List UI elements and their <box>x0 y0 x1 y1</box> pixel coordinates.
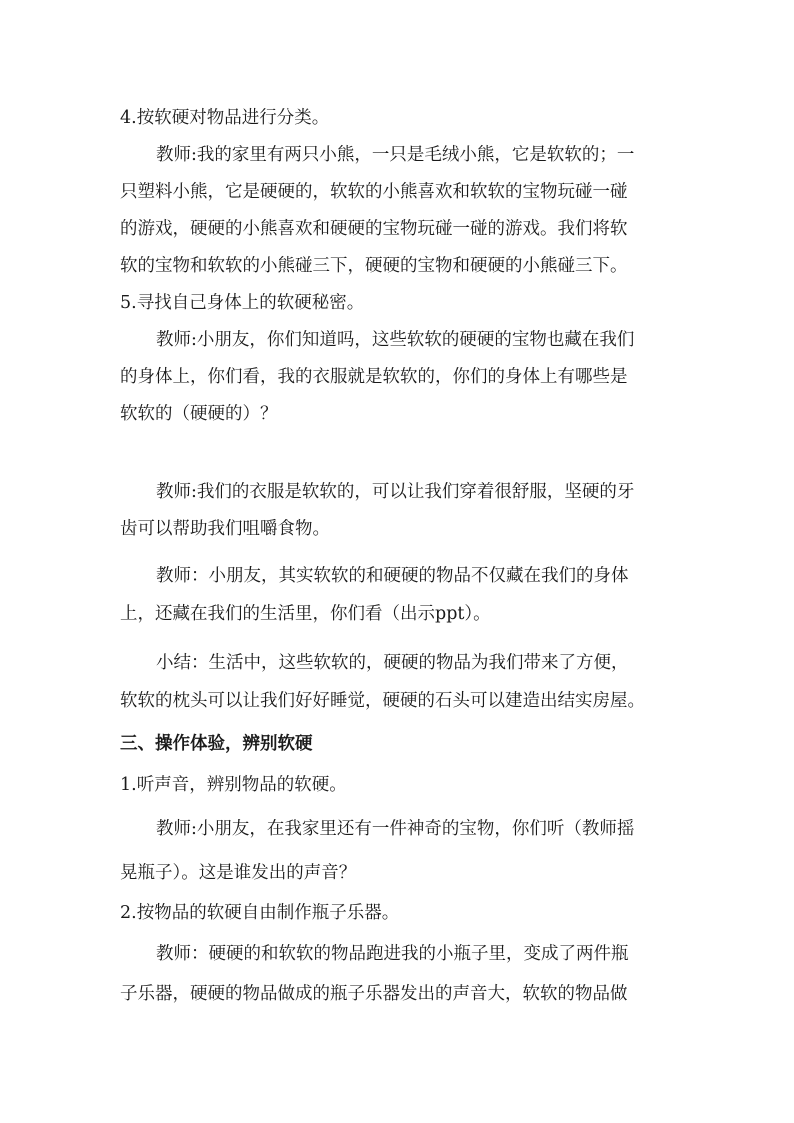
text-line: 教师:小朋友，你们知道吗，这些软软的硬硬的宝物也藏在我们 <box>156 329 634 351</box>
text-line: 只塑料小熊，它是硬硬的，软软的小熊喜欢和软软的宝物玩碰一碰 <box>120 181 628 203</box>
text-line: 小结：生活中，这些软软的，硬硬的物品为我们带来了方便， <box>156 652 629 674</box>
text-line: 软软的枕头可以让我们好好睡觉，硬硬的石头可以建造出结实房屋。 <box>120 690 645 712</box>
text-line: 软的宝物和软软的小熊碰三下，硬硬的宝物和硬硬的小熊碰三下。 <box>120 255 628 277</box>
text-line: 上，还藏在我们的生活里，你们看（出示ppt）。 <box>120 603 491 625</box>
text-line: 晃瓶子）。这是谁发出的声音？ <box>120 862 356 884</box>
text-line: 教师:我的家里有两只小熊，一只是毛绒小熊，它是软软的；一 <box>156 144 634 166</box>
text-line: 教师：小朋友，其实软软的和硬硬的物品不仅藏在我们的身体 <box>156 565 629 587</box>
text-line: 2.按物品的软硬自由制作瓶子乐器。 <box>120 902 399 924</box>
text-line: 的身体上，你们看，我的衣服就是软软的，你们的身体上有哪些是 <box>120 366 628 388</box>
text-line: 齿可以帮助我们咀嚼食物。 <box>120 518 330 540</box>
section-heading: 三、操作体验，辨别软硬 <box>120 733 313 755</box>
text-line: 教师:小朋友，在我家里还有一件神奇的宝物，你们听（教师摇 <box>156 818 634 840</box>
text-line: 子乐器，硬硬的物品做成的瓶子乐器发出的声音大，软软的物品做 <box>120 983 628 1005</box>
text-line: 1.听声音，辨别物品的软硬。 <box>120 774 347 796</box>
text-line: 教师：硬硬的和软软的物品跑进我的小瓶子里，变成了两件瓶 <box>156 943 629 965</box>
text-line: 教师:我们的衣服是软软的，可以让我们穿着很舒服，坚硬的牙 <box>156 481 634 503</box>
text-line: 5.寻找自己身体上的软硬秘密。 <box>120 292 364 314</box>
text-line: 的游戏，硬硬的小熊喜欢和硬硬的宝物玩碰一碰的游戏。我们将软 <box>120 218 628 240</box>
text-line: 4.按软硬对物品进行分类。 <box>120 107 329 129</box>
document-page: 4.按软硬对物品进行分类。教师:我的家里有两只小熊，一只是毛绒小熊，它是软软的；… <box>0 0 794 1123</box>
text-line: 软软的（硬硬的）？ <box>120 403 278 425</box>
